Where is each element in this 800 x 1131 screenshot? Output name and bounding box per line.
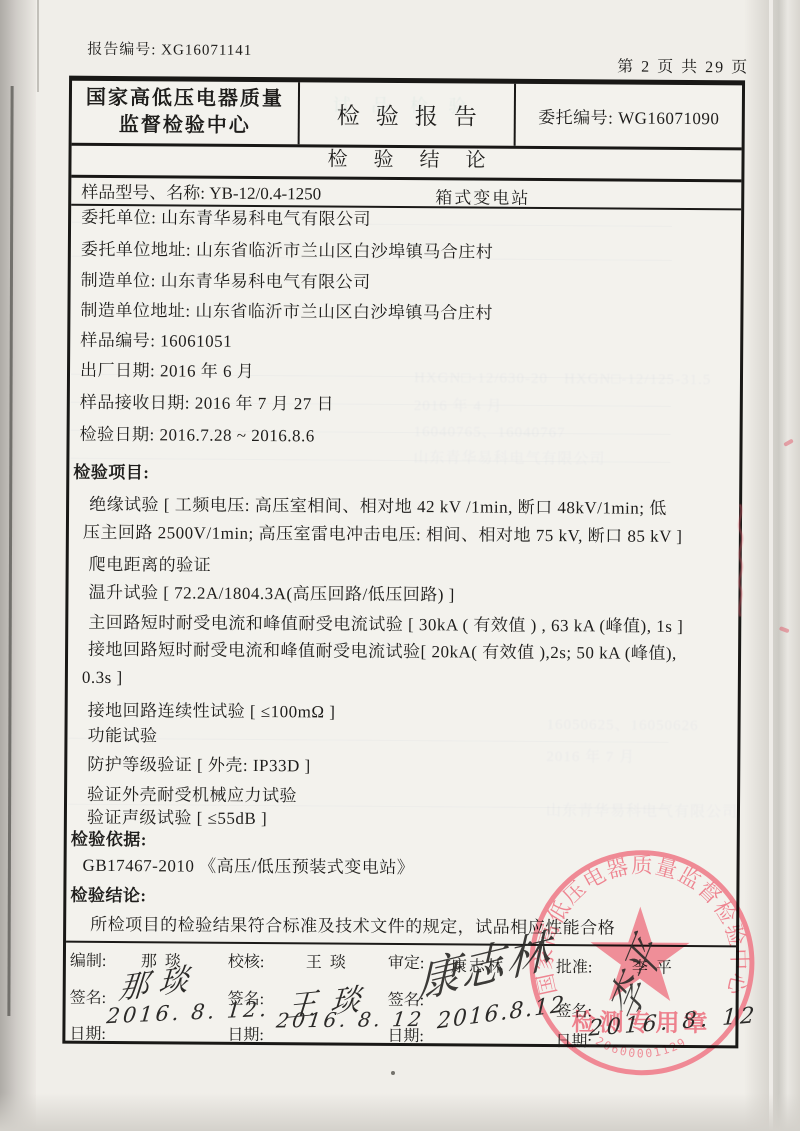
signature-label: 签名: xyxy=(70,985,107,1008)
test-basis-heading: 检验依据: xyxy=(71,828,147,853)
test-item-line: 0.3s ] xyxy=(82,666,123,690)
signoff-role: 编制: xyxy=(70,948,107,971)
test-basis-line: GB17467-2010 《高压/低压预装式变电站》 xyxy=(82,854,414,880)
report-number: 报告编号: XG16071141 xyxy=(87,38,252,60)
test-items-heading: 检验项目: xyxy=(73,461,149,486)
report-number-label: 报告编号: xyxy=(87,42,156,58)
signoff-name: 王 琰 xyxy=(306,949,348,972)
test-item-line: 验证外壳耐受机械应力试验 xyxy=(87,783,297,808)
info-row-sample-number: 样品编号: 16061051 xyxy=(80,329,232,354)
info-row-production-date: 出厂日期: 2016 年 6 月 xyxy=(80,359,254,384)
commission-number: 委托编号: WG16071090 xyxy=(516,84,742,148)
red-margin-annotation xyxy=(732,500,747,620)
conclusion-heading: 检验结论: xyxy=(70,884,146,909)
document-title: 检验报告 xyxy=(300,82,516,146)
test-item-line: 爬电距离的验证 xyxy=(89,553,212,578)
sample-model-row: 样品型号、名称: YB-12/0.4-1250 箱式变电站 xyxy=(71,175,741,211)
date-label: 日期: xyxy=(69,1021,106,1044)
test-item-line: 压主回路 2500V/1min; 高压室雷电冲击电压: 相间、相对地 75 kV… xyxy=(83,521,683,549)
info-row-client: 委托单位: 山东青华易科电气有限公司 xyxy=(81,206,371,232)
test-item-line: 功能试验 xyxy=(87,724,157,748)
test-item-line: 温升试验 [ 72.2A/1804.3A(高压回路/低压回路) ] xyxy=(88,581,455,608)
date-handwritten: 2016. 8. 12 xyxy=(275,1007,426,1033)
test-item-line: 接地回路连续性试验 [ ≤100mΩ ] xyxy=(88,699,336,725)
test-item-line: 接地回路短时耐受电流和峰值耐受电流试验[ 20kA( 有效值 ),2s; 50 … xyxy=(88,638,677,666)
sample-model: 样品型号、名称: YB-12/0.4-1250 xyxy=(81,178,321,205)
issuing-org-name: 国家高低压电器质量 监督检验中心 xyxy=(72,81,300,145)
info-row-test-date: 检验日期: 2016.7.28 ~ 2016.8.6 xyxy=(80,423,315,449)
test-item-line: 绝缘试验 [ 工频电压: 高压室相间、相对地 42 kV /1min, 断口 4… xyxy=(89,493,667,521)
test-item-line: 主回路短时耐受电流和峰值耐受电流试验 [ 30kA ( 有效值 ) , 63 k… xyxy=(88,611,683,639)
test-item-line: 防护等级验证 [ 外壳: IP33D ] xyxy=(87,753,311,779)
commission-value: WG16071090 xyxy=(618,108,719,128)
red-edge-mark xyxy=(779,626,790,633)
report-number-value: XG16071141 xyxy=(161,42,252,59)
commission-label: 委托编号: xyxy=(538,107,613,127)
info-row-manufacturer-address: 制造单位地址: 山东省临沂市兰山区白沙埠镇马合庄村 xyxy=(80,299,493,326)
sample-name: 箱式变电站 xyxy=(435,183,530,209)
info-row-manufacturer: 制造单位: 山东青华易科电气有限公司 xyxy=(81,269,371,295)
info-row-receipt-date: 样品接收日期: 2016 年 7 月 27 日 xyxy=(80,391,334,417)
signoff-role: 校核: xyxy=(228,949,265,972)
scanned-page: 试 品 检 验 HXGN□-12/630-20 HXGN□-12/125-31.… xyxy=(0,0,800,1131)
page-indicator: 第 2 页 共 29 页 xyxy=(617,54,749,78)
red-edge-mark xyxy=(783,439,794,447)
date-label: 日期: xyxy=(227,1022,264,1045)
org-name-line1: 国家高低压电器质量 xyxy=(86,85,284,113)
document-content: 试 品 检 验 HXGN□-12/630-20 HXGN□-12/125-31.… xyxy=(0,0,800,1131)
table-header-row: 国家高低压电器质量 监督检验中心 检验报告 委托编号: WG16071090 xyxy=(72,81,742,151)
info-row-client-address: 委托单位地址: 山东省临沂市兰山区白沙埠镇马合庄村 xyxy=(81,238,494,265)
org-name-line2: 监督检验中心 xyxy=(119,112,251,140)
